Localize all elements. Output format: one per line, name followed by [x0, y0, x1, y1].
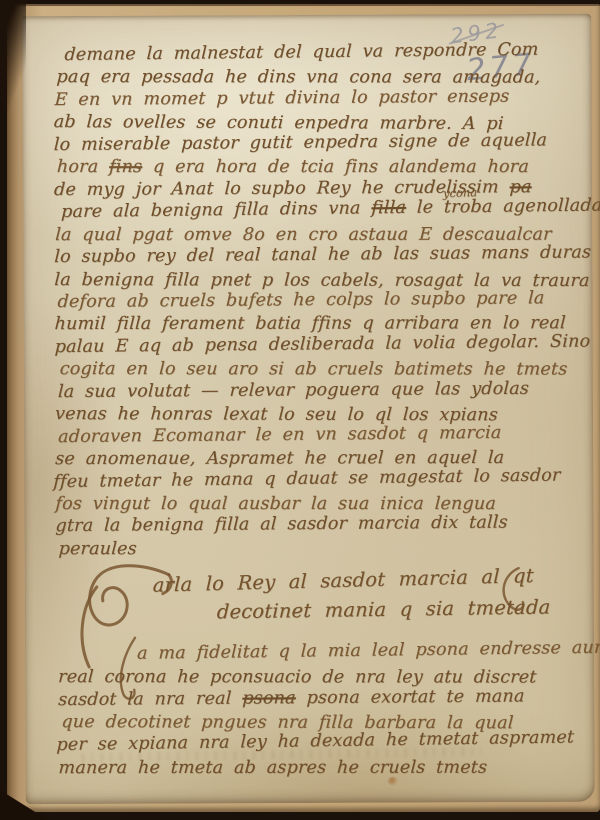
- struck-word: fins: [109, 157, 143, 177]
- manuscript-line: adoraven Ecomanar le en vn sasdot q marc…: [58, 422, 502, 446]
- paragraph-line: a ma fidelitat q la mia leal psona endre…: [137, 638, 600, 664]
- rubric-line: decotinet mania q sia tmetada: [216, 595, 550, 623]
- photo-corner-shadow-top-left: [0, 0, 26, 120]
- manuscript-line: hora fins q era hora de tcia fins alande…: [56, 157, 529, 177]
- manuscript-line: lo supbo rey del real tanal he ab las su…: [54, 242, 592, 267]
- manuscript-line: fos vingut lo qual ausbar la sua inica l…: [55, 494, 497, 514]
- struck-word: pa: [509, 177, 532, 197]
- manuscript-line: pare ala benigna filla dins vna filla le…: [61, 196, 600, 223]
- manuscript-line: paq era pessada he dins vna cona sera am…: [56, 68, 541, 88]
- manuscript-line: la qual pgat omve 8o en cro astaua E des…: [55, 224, 553, 244]
- manuscript-line: venas he honras lexat lo seu lo ql los x…: [54, 404, 498, 425]
- manuscript-photo: 292 277 demane la malnestat del qual va …: [0, 0, 600, 820]
- manuscript-line: E en vn momet p vtut divina lo pastor en…: [54, 86, 510, 110]
- manuscript-line: la sua volutat — relevar poguera que las…: [57, 379, 529, 402]
- rubric-line: arla lo Rey al sasdot marcia al qt: [152, 564, 534, 597]
- struck-word: psona: [242, 688, 296, 708]
- manuscript-line: humil filla ferament batia ffins q arrib…: [54, 314, 566, 335]
- manuscript-line: cogita en lo seu aro si ab cruels batime…: [59, 359, 568, 379]
- ink-stain: [388, 777, 399, 786]
- struck-word: filla: [371, 198, 407, 218]
- manuscript-line: palau E aq ab pensa desliberada la volia…: [54, 331, 600, 357]
- paragraph-line: sasdot la nra real psona psona exortat t…: [58, 686, 525, 710]
- manuscript-line: peraules: [58, 539, 137, 559]
- manuscript-line: demane la malnestat del qual va respondr…: [64, 40, 539, 65]
- paragraph-line: real corona he pconsuacio de nra ley atu…: [58, 667, 537, 687]
- manuscript-line: se anomenaue, Aspramet he cruel en aquel…: [55, 448, 505, 469]
- manuscript-line: defora ab cruels bufets he colps lo supb…: [57, 288, 545, 312]
- interline-insertion: ycona: [443, 185, 477, 200]
- photo-corner-shadow-bottom-left: [0, 790, 48, 820]
- manuscript-line: la benigna filla pnet p los cabels, rosa…: [54, 270, 590, 291]
- manuscript-page: 292 277 demane la malnestat del qual va …: [22, 14, 594, 804]
- manuscript-line: ffeu tmetar he mana q dauat se magestat …: [53, 465, 561, 492]
- manuscript-line: lo miserable pastor gutit enpedra signe …: [53, 130, 547, 155]
- manuscript-line: gtra la benigna filla al sasdor marcia d…: [55, 513, 508, 537]
- text-layer: demane la malnestat del qual va respondr…: [22, 14, 594, 804]
